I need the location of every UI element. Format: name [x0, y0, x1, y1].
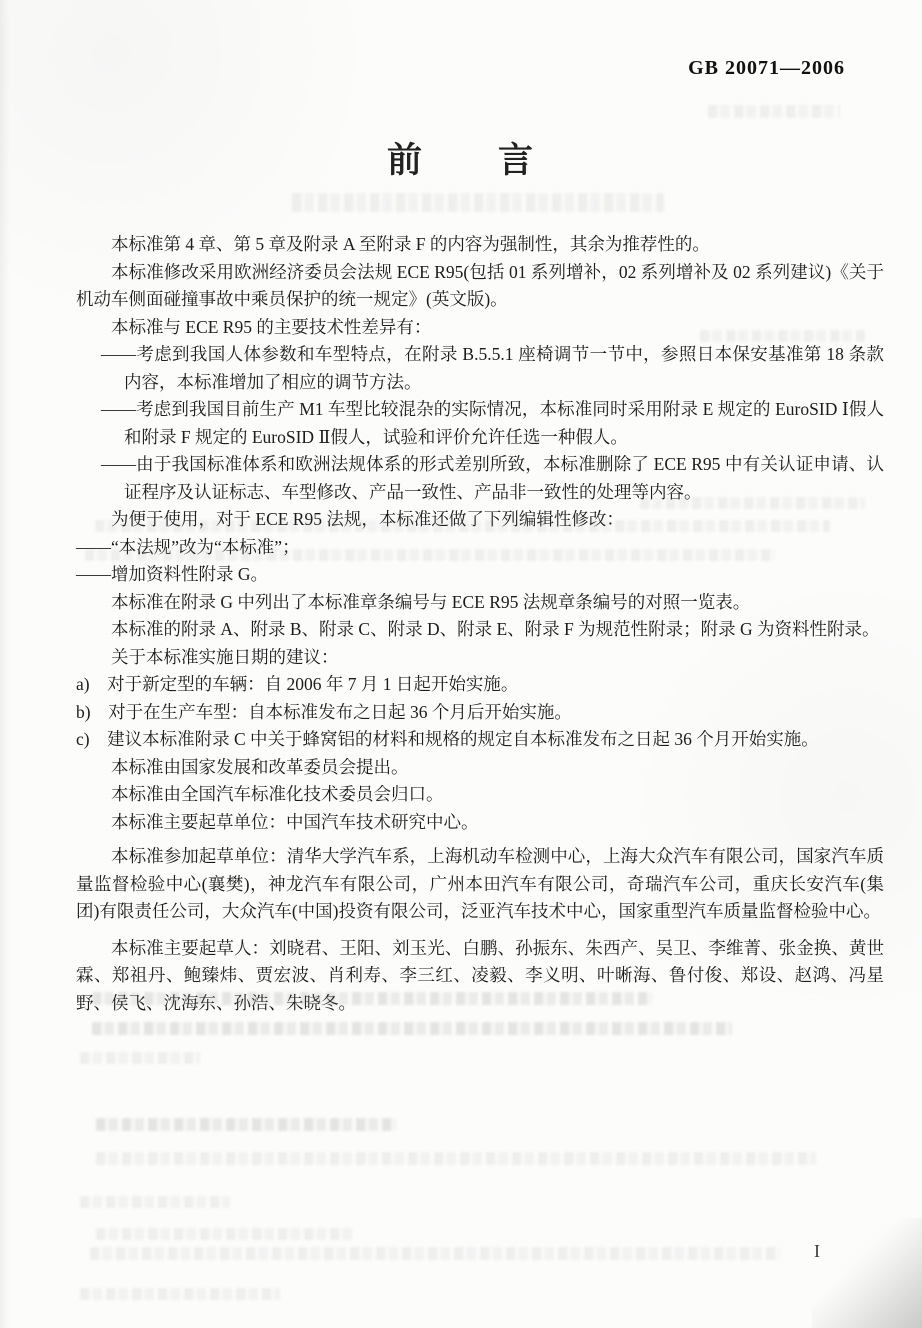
bleed-through-line — [80, 1052, 200, 1064]
bleed-through-line — [96, 1152, 816, 1165]
scanned-standard-page: GB 20071—2006 前 言 本标准第 4 章、第 5 章及附录 A 至附… — [0, 0, 922, 1328]
bleed-through-line — [85, 549, 775, 561]
page-title: 前 言 — [0, 133, 922, 183]
foreword-paragraph: 本标准在附录 G 中列出了本标准章条编号与 ECE R95 法规章条编号的对照一… — [76, 589, 884, 617]
bleed-through-line — [92, 1022, 732, 1035]
bleed-through-line — [700, 330, 865, 342]
foreword-paragraph: 关于本标准实施日期的建议： — [76, 644, 884, 672]
bleed-through-line — [90, 1247, 780, 1260]
scan-corner-shadow — [812, 1218, 922, 1328]
bleed-through-line — [96, 1118, 396, 1131]
foreword-list-item-b: b) 对于在生产车型：自本标准发布之日起 36 个月后开始实施。 — [76, 699, 884, 727]
foreword-list-item-c: c) 建议本标准附录 C 中关于蜂窝铝的材料和规格的规定自本标准发布之日起 36… — [76, 726, 884, 754]
foreword-list-item-a: a) 对于新定型的车辆：自 2006 年 7 月 1 日起开始实施。 — [76, 671, 884, 699]
foreword-dash-item: ——增加资料性附录 G。 — [76, 561, 884, 589]
bleed-through-line — [640, 497, 865, 509]
bleed-through-line — [80, 1196, 230, 1208]
foreword-content: 本标准第 4 章、第 5 章及附录 A 至附录 F 的内容为强制性，其余为推荐性… — [76, 231, 884, 1017]
bleed-through-line — [80, 1288, 280, 1300]
foreword-paragraph: 本标准参加起草单位：清华大学汽车系，上海机动车检测中心，上海大众汽车有限公司，国… — [76, 843, 884, 926]
foreword-dash-item: ——考虑到我国人体参数和车型特点，在附录 B.5.5.1 座椅调节一节中，参照日… — [76, 341, 884, 396]
foreword-paragraph: 本标准修改采用欧洲经济委员会法规 ECE R95(包括 01 系列增补，02 系… — [76, 259, 884, 314]
bleed-through-line — [92, 992, 652, 1005]
bleed-through-line — [96, 1228, 356, 1240]
foreword-dash-item: ——考虑到我国目前生产 M1 车型比较混杂的实际情况，本标准同时采用附录 E 规… — [76, 396, 884, 451]
foreword-paragraph: 本标准主要起草单位：中国汽车技术研究中心。 — [76, 809, 884, 837]
foreword-paragraph: 本标准第 4 章、第 5 章及附录 A 至附录 F 的内容为强制性，其余为推荐性… — [76, 231, 884, 259]
foreword-paragraph: 本标准由全国汽车标准化技术委员会归口。 — [76, 781, 884, 809]
bleed-through-header-code — [708, 105, 840, 118]
standard-code: GB 20071—2006 — [688, 57, 845, 80]
bleed-through-subtitle — [292, 193, 664, 212]
bleed-through-line — [95, 520, 830, 532]
foreword-paragraph: 本标准的附录 A、附录 B、附录 C、附录 D、附录 E、附录 F 为规范性附录… — [76, 616, 884, 644]
scan-edge-shadow — [0, 0, 10, 1328]
foreword-paragraph: 本标准由国家发展和改革委员会提出。 — [76, 754, 884, 782]
